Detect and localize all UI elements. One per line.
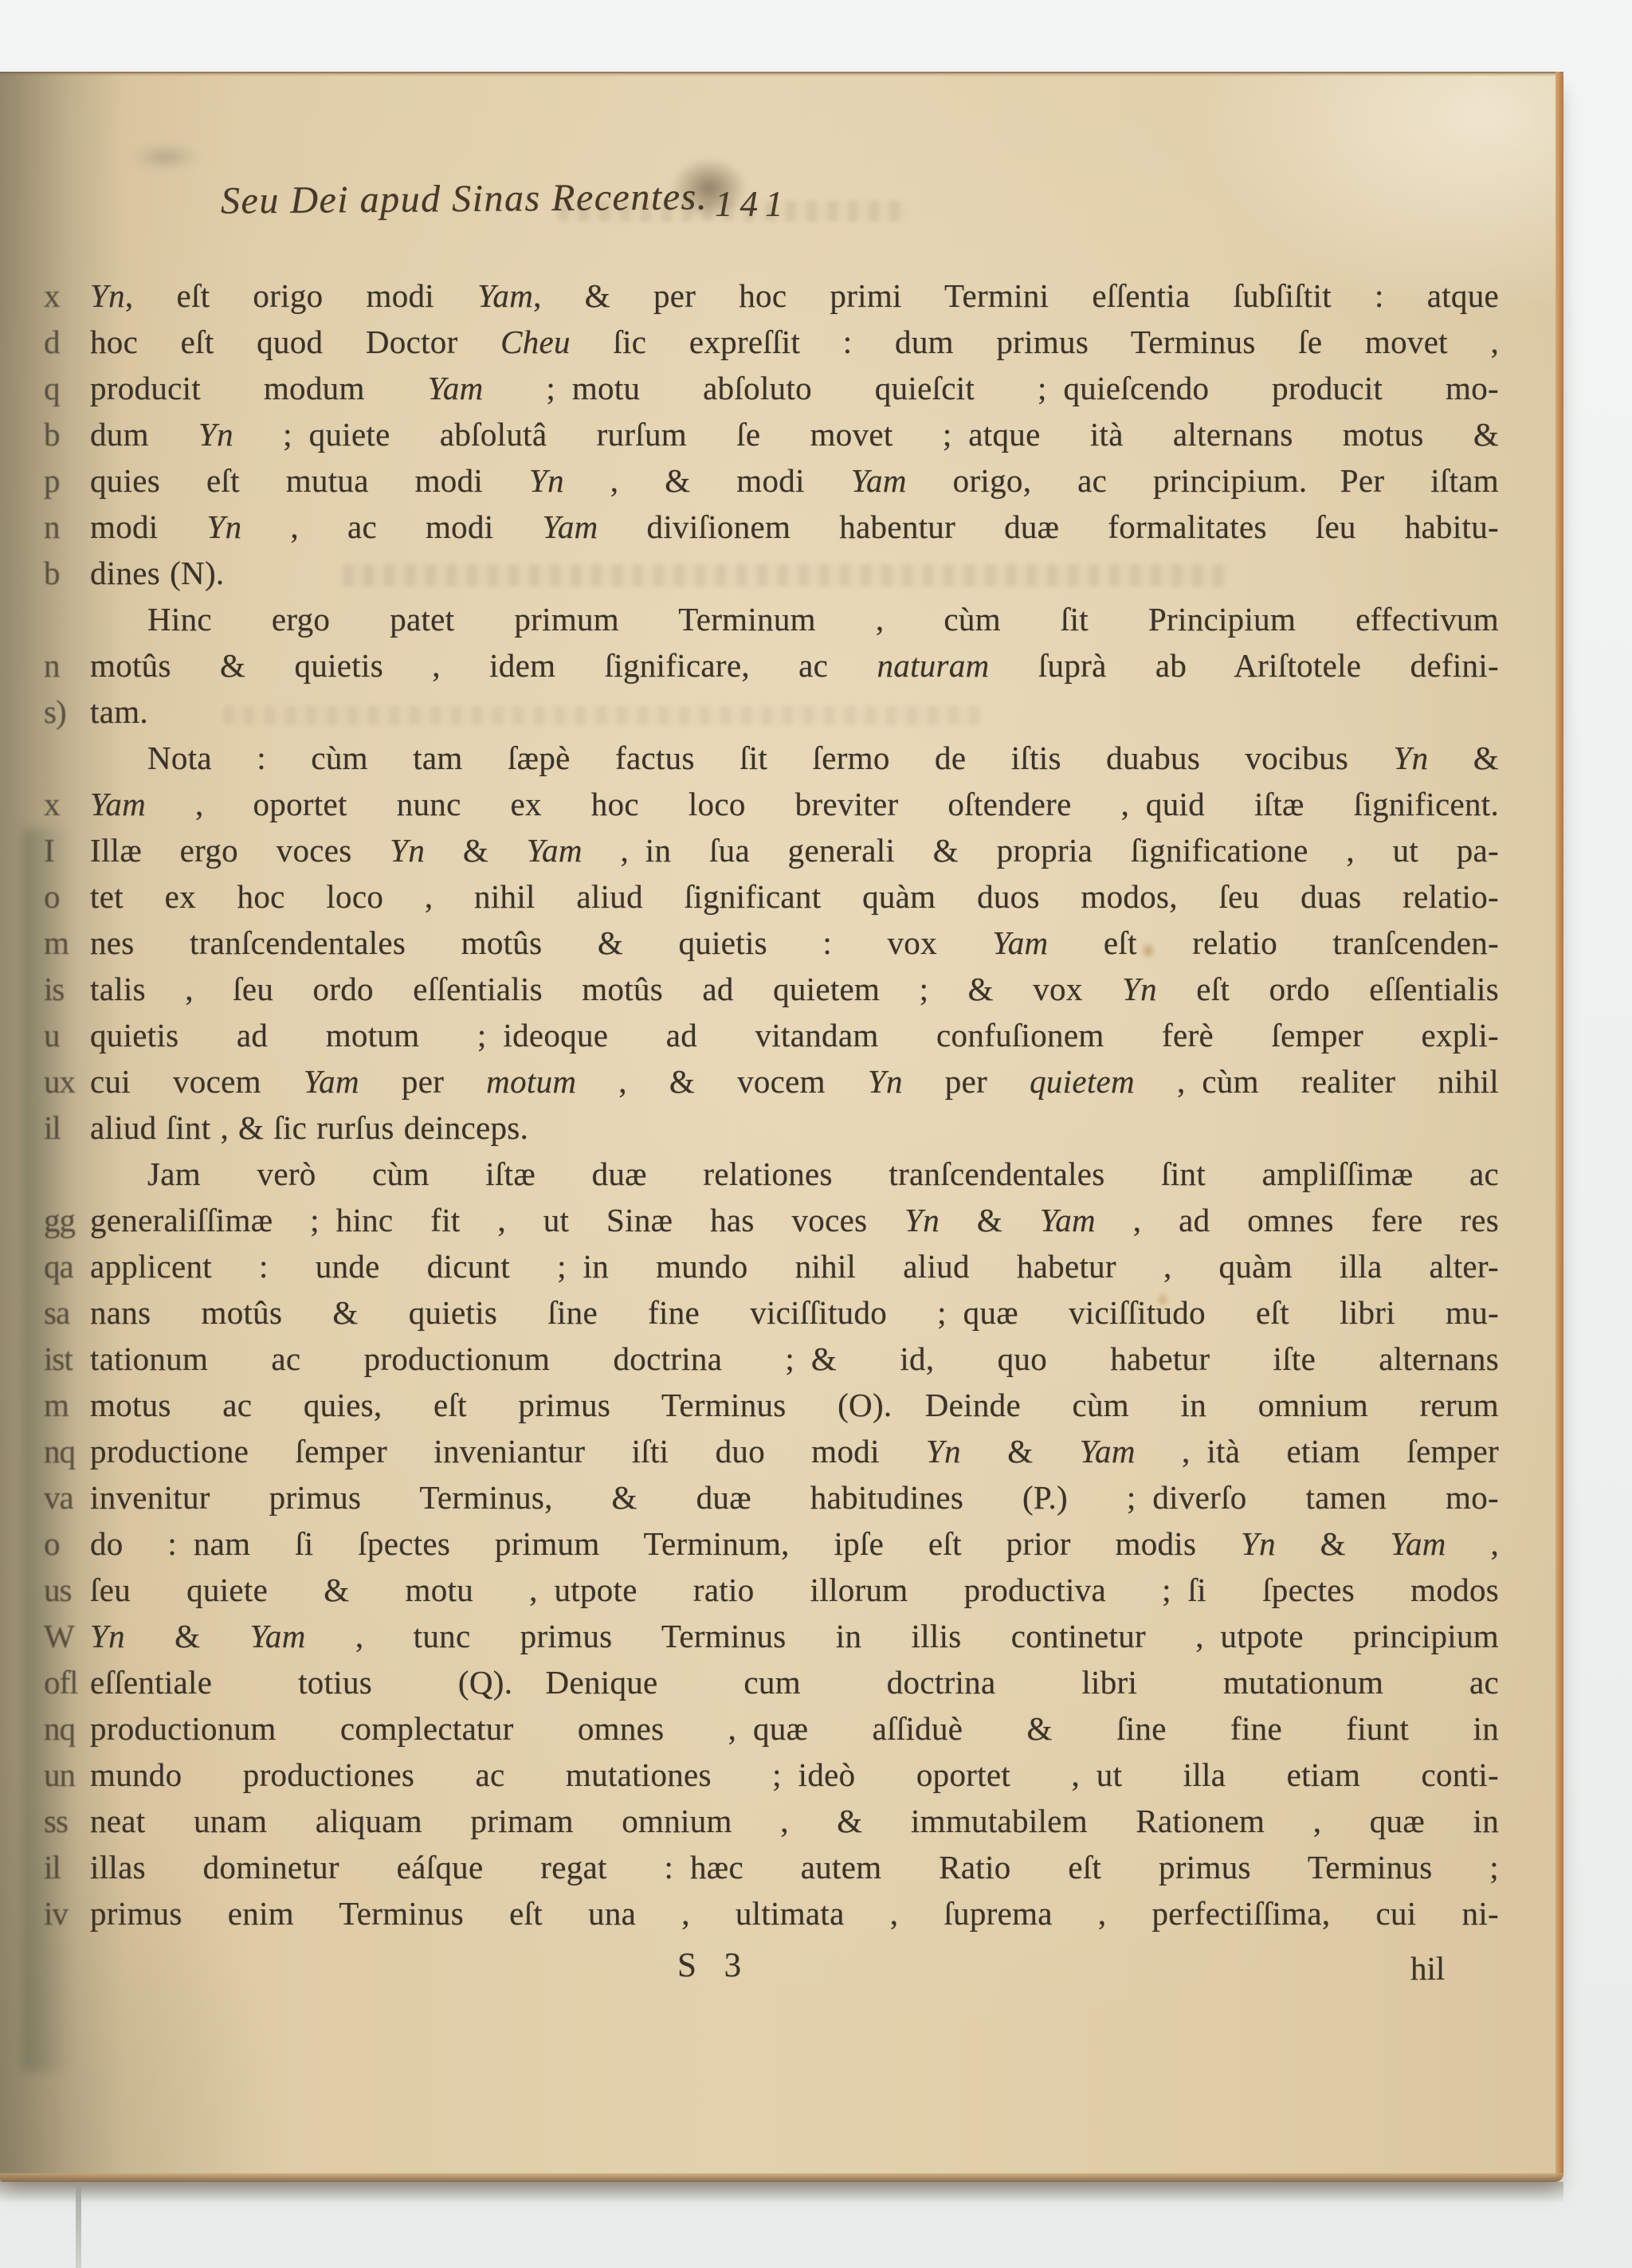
text-line: sanans motûs & quietis ſine fine viciſſi… [41,1289,1504,1336]
text-run: motus ac quies, eſt primus Terminus (O).… [90,1387,1499,1423]
text-line: pquies eſt mutua modi Yn , & modi Yam or… [41,457,1504,504]
text-line: ivprimus enim Terminus eſt una , ultimat… [41,1890,1504,1936]
text-run: & [425,832,527,869]
text-line: odo : nam ſi ſpectes primum Terminum, ip… [41,1521,1504,1567]
text-line: uxcui vocem Yam per motum , & vocem Yn p… [41,1058,1504,1105]
text-line: mnes tranſcendentales motûs & quietis : … [41,920,1504,966]
text-run: nes tranſcendentales motûs & quietis : v… [90,924,992,961]
gutter-fragment: nq [44,1428,88,1474]
gutter-fragment: gg [44,1197,88,1243]
text-run: & [1428,740,1499,776]
italic-term: Yn [207,508,242,545]
gutter-fragment: d [44,319,88,365]
text-run: ſuprà ab Ariſtotele defini- [990,647,1499,684]
text-run: motûs & quietis , idem ſignificare, ac [90,647,877,684]
text-run: eſt ordo eſſentialis [1157,971,1499,1007]
text-line: nmotûs & quietis , idem ſignificare, ac … [41,642,1504,689]
text-line: usſeu quiete & motu , utpote ratio illor… [41,1567,1504,1613]
text-run: , ità etiam ſemper [1136,1433,1499,1469]
italic-term: Yam [1080,1433,1136,1469]
italic-term: Yam [90,786,146,822]
text-run: productione ſemper inveniantur iſti duo … [90,1433,926,1469]
text-line: IIllæ ergo voces Yn & Yam , in ſua gener… [41,827,1504,873]
catchword: hil [1410,1949,1445,1987]
gutter-fragment: n [44,504,88,550]
text-run: Jam verò cùm iſtæ duæ relationes tranſce… [147,1156,1499,1192]
text-run: neat unam aliquam primam omnium , & immu… [90,1803,1499,1839]
text-line: WYn & Yam , tunc primus Terminus in illi… [41,1613,1504,1659]
text-run: , cùm realiter nihil [1135,1063,1499,1100]
text-line: unmundo productiones ac mutationes ; ide… [41,1752,1504,1798]
text-line: istalis , ſeu ordo eſſentialis motûs ad … [41,966,1504,1012]
text-line: xYn, eſt origo modi Yam, & per hoc primi… [41,273,1504,319]
gutter-fragment: un [44,1752,88,1798]
text-run: cui vocem [90,1063,304,1100]
text-run: , & per hoc primi Termini eſſentia ſubſi… [533,277,1499,314]
body-text: xYn, eſt origo modi Yam, & per hoc primi… [41,273,1504,1936]
text-run: eſt relatio tranſcenden- [1048,924,1499,961]
page-right-edge [1555,72,1563,2182]
text-run: dum [90,416,198,453]
text-line: ilaliud ſint , & ſic rurſus deinceps. [41,1105,1504,1151]
text-line: bdines (N). [41,550,1504,596]
text-run: , ac modi [241,508,542,545]
text-run: aliud ſint , & ſic rurſus deinceps. [90,1109,528,1146]
text-line: isttationum ac productionum doctrina ; &… [41,1336,1504,1382]
text-line: Nota : cùm tam ſæpè factus ſit ſermo de … [41,735,1504,781]
text-run: talis , ſeu ordo eſſentialis motûs ad qu… [90,971,1122,1007]
text-run: & [940,1202,1040,1238]
text-line: gggeneraliſſimæ ; hinc fit , ut Sinæ has… [41,1197,1504,1243]
text-line: otet ex hoc loco , nihil aliud ſignifica… [41,873,1504,920]
gutter-fragment: x [44,781,88,827]
text-run: , & vocem [576,1063,868,1100]
page-shadow [0,2182,1563,2203]
text-run: tationum ac productionum doctrina ; & id… [90,1340,1499,1377]
italic-term: Yam [1040,1202,1096,1238]
italic-term: Yn [904,1202,940,1238]
text-run: quietis ad motum ; ideoque ad vitandam c… [90,1017,1499,1054]
gutter-fragment: b [44,411,88,457]
gutter-fragment: ss [44,1798,88,1844]
text-run: & [125,1618,250,1654]
italic-term: Cheu [500,324,571,360]
text-run: illas dominetur eáſque regat : hæc autem… [90,1849,1499,1885]
italic-term: Yam [477,277,533,314]
italic-term: Yam [304,1063,359,1100]
gutter-fragment: p [44,457,88,504]
gutter-fragment: b [44,550,88,596]
text-run: eſſentiale totius (Q). Denique cum doctr… [90,1664,1499,1701]
italic-term: Yn [90,1618,125,1654]
italic-term: Yam [250,1618,306,1654]
italic-term: Yn [390,832,425,869]
text-run: & [1276,1525,1391,1562]
text-run: tam. [90,693,148,730]
text-run: origo, ac principium. Per iſtam [907,462,1499,499]
italic-term: Yam [1391,1525,1446,1562]
text-line: s)tam. [41,689,1504,735]
text-line: vainvenitur primus Terminus, & duæ habit… [41,1474,1504,1521]
text-line: qaapplicent : unde dicunt ; in mundo nih… [41,1243,1504,1289]
text-run: do : nam ſi ſpectes primum Terminum, ipſ… [90,1525,1241,1562]
text-line: nqproductionum complectatur omnes , quæ … [41,1705,1504,1752]
text-run: diviſionem habentur duæ formalitates ſeu… [598,508,1499,545]
gutter-fragment: m [44,1382,88,1428]
text-line: ofleſſentiale totius (Q). Denique cum do… [41,1659,1504,1705]
text-run: Illæ ergo voces [90,832,390,869]
text-run: modi [90,508,207,545]
gutter-fragment: I [44,827,88,873]
italic-term: Yn [868,1063,903,1100]
italic-term: quietem [1030,1063,1135,1100]
italic-term: Yn [529,462,564,499]
text-line: xYam , oportet nunc ex hoc loco breviter… [41,781,1504,827]
italic-term: Yn [198,416,233,453]
running-header: Seu Dei apud Sinas Recentes. [221,175,708,222]
text-run: per [359,1063,486,1100]
text-run: ; quiete abſolutâ rurſum ſe movet ; atqu… [233,416,1499,453]
spine-line [76,2182,81,2268]
book-page: Seu Dei apud Sinas Recentes. 141 xYn, eſ… [0,72,1563,2182]
text-run: producit modum [90,370,427,406]
gutter-fragment: m [44,920,88,966]
gutter-fragment: il [44,1105,88,1151]
ink-smudge [118,140,214,174]
text-run: ſic expreſſit : dum primus Terminus ſe m… [571,324,1499,360]
gutter-fragment: s) [44,689,88,735]
gutter-fragment: sa [44,1289,88,1336]
italic-term: Yn [1122,971,1157,1007]
text-run: quies eſt mutua modi [90,462,529,499]
gutter-fragment: ofl [44,1659,88,1705]
text-line: qproducit modum Yam ; motu abſoluto quie… [41,365,1504,411]
text-run: , in ſua generali & propria ſignificatio… [583,832,1499,869]
text-line: mmotus ac quies, eſt primus Terminus (O)… [41,1382,1504,1428]
text-run: generaliſſimæ ; hinc fit , ut Sinæ has v… [90,1202,904,1238]
italic-term: Yam [992,924,1048,961]
text-line: dhoc eſt quod Doctor Cheu ſic expreſſit … [41,319,1504,365]
text-run: Nota : cùm tam ſæpè factus ſit ſermo de … [147,740,1394,776]
text-line: uquietis ad motum ; ideoque ad vitandam … [41,1012,1504,1058]
text-run: dines (N). [90,555,224,591]
gutter-fragment: n [44,642,88,689]
text-run: mundo productiones ac mutationes ; ideò … [90,1756,1499,1793]
gutter-fragment: is [44,966,88,1012]
italic-term: Yn [926,1433,961,1469]
gutter-fragment: iv [44,1890,88,1936]
text-run: , ad omnes fere res [1096,1202,1499,1238]
gutter-fragment: W [44,1613,88,1659]
text-line: nqproductione ſemper inveniantur iſti du… [41,1428,1504,1474]
text-run: invenitur primus Terminus, & duæ habitud… [90,1479,1499,1516]
gutter-fragment: ux [44,1058,88,1105]
text-run: , eſt origo modi [125,277,477,314]
text-run: hoc eſt quod Doctor [90,324,500,360]
text-run: ſeu quiete & motu , utpote ratio illorum… [90,1572,1499,1608]
signature-mark: S 3 [677,1946,751,1985]
text-line: Jam verò cùm iſtæ duæ relationes tranſce… [41,1151,1504,1197]
italic-term: Yam [542,508,598,545]
italic-term: Yam [527,832,583,869]
text-run: Hinc ergo patet primum Terminum , cùm ſi… [147,601,1499,638]
text-run: applicent : unde dicunt ; in mundo nihil… [90,1248,1499,1285]
text-run: nans motûs & quietis ſine fine viciſſitu… [90,1294,1499,1331]
gutter-fragment: us [44,1567,88,1613]
gutter-fragment: il [44,1844,88,1890]
italic-term: Yn [1241,1525,1276,1562]
text-line: Hinc ergo patet primum Terminum , cùm ſi… [41,596,1504,642]
page-bottom-edge [0,2173,1563,2182]
text-run: , tunc primus Terminus in illis continet… [306,1618,1499,1654]
gutter-fragment: q [44,365,88,411]
text-line: bdum Yn ; quiete abſolutâ rurſum ſe move… [41,411,1504,457]
text-run: primus enim Terminus eſt una , ultimata … [90,1895,1499,1932]
page-top-edge [0,72,1563,77]
text-run: , [1446,1525,1499,1562]
text-run: productionum complectatur omnes , quæ aſ… [90,1710,1499,1747]
text-line: ilillas dominetur eáſque regat : hæc aut… [41,1844,1504,1890]
gutter-fragment: o [44,873,88,920]
italic-term: Yam [427,370,483,406]
italic-term: Yn [1394,740,1429,776]
page-number: 141 [715,183,790,225]
text-line: nmodi Yn , ac modi Yam diviſionem habent… [41,504,1504,550]
text-run: , & modi [564,462,851,499]
italic-term: naturam [877,647,989,684]
italic-term: motum [486,1063,576,1100]
scan-background: { "page": { "header": { "title": "Seu De… [0,0,1632,2268]
gutter-fragment: u [44,1012,88,1058]
text-run: & [961,1433,1080,1469]
gutter-fragment: qa [44,1243,88,1289]
text-run: ; motu abſoluto quieſcit ; quieſcendo pr… [484,370,1499,406]
gutter-fragment: x [44,273,88,319]
text-line: ssneat unam aliquam primam omnium , & im… [41,1798,1504,1844]
italic-term: Yam [851,462,907,499]
text-run: , oportet nunc ex hoc loco breviter oſte… [146,786,1499,822]
gutter-fragment: ist [44,1336,88,1382]
italic-term: Yn [90,277,125,314]
gutter-fragment: va [44,1474,88,1521]
gutter-fragment: nq [44,1705,88,1752]
text-run: per [903,1063,1030,1100]
gutter-fragment: o [44,1521,88,1567]
text-run: tet ex hoc loco , nihil aliud ſignifican… [90,878,1499,915]
